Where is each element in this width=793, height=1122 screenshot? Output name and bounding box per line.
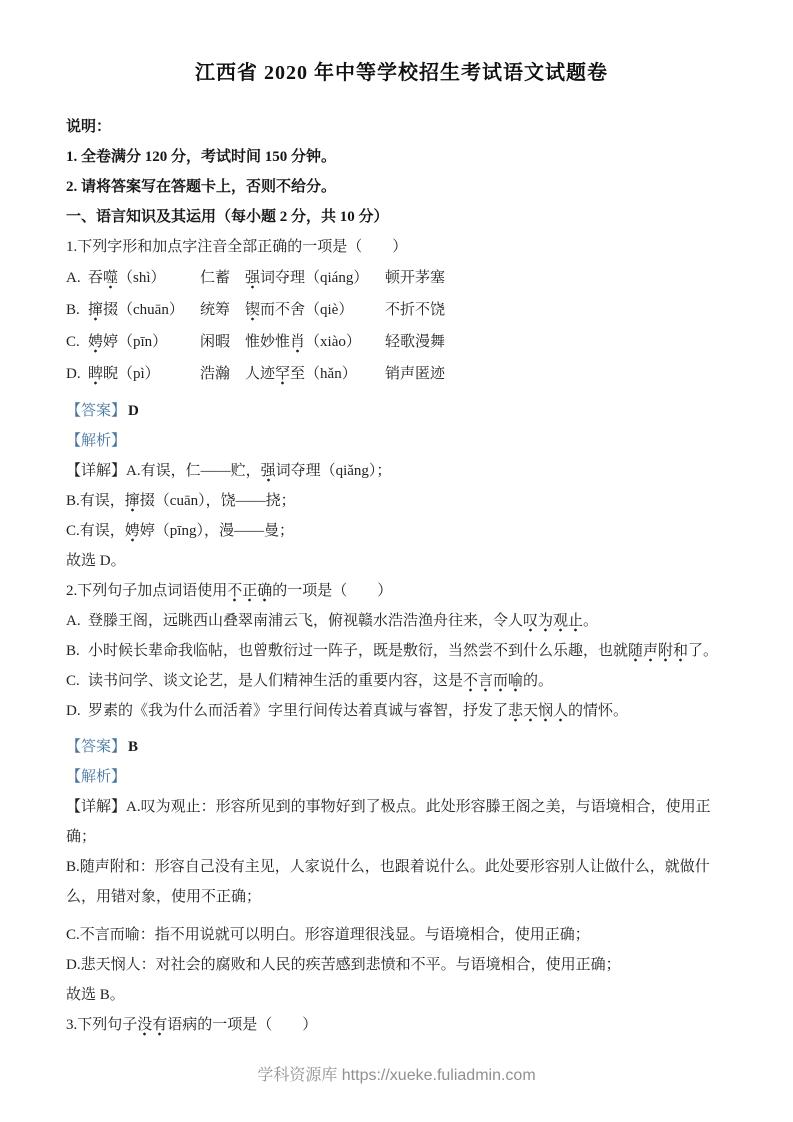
q1-option-a-letter: A.	[66, 262, 81, 294]
notice-item-2: 2. 请将答案写在答题卡上，否则不给分。	[66, 172, 737, 202]
q1-option-c-letter: C.	[66, 326, 80, 358]
section-heading: 一、语言知识及其运用（每小题 2 分，共 10 分）	[66, 202, 737, 232]
q2-detail-line-2: B.随声附和：形容自己没有主见，人家说什么，也跟着说什么。此处要形容别人让做什么…	[66, 852, 737, 912]
q1-conclusion: 故选 D。	[66, 546, 737, 576]
q2-conclusion: 故选 B。	[66, 980, 737, 1010]
q2-option-b: B. 小时候长辈命我临帖，也曾敷衍过一阵子，既是敷衍，当然尝不到什么乐趣，也就随…	[66, 636, 737, 666]
q1-option-b-letter: B.	[66, 294, 80, 326]
q1-option-a-word-3: 强词夺理（qiáng）	[245, 262, 368, 294]
page-title: 江西省 2020 年中等学校招生考试语文试题卷	[66, 58, 737, 88]
q1-option-c-word-4: 轻歌漫舞	[385, 326, 445, 358]
q1-answer-line: 【答案】D	[66, 396, 737, 426]
q1-detail-line-3: C.有误，娉婷（pīng），漫——曼；	[66, 516, 737, 546]
q1-option-d-word-1: 睥睨（pì）	[88, 358, 160, 390]
q3-stem: 3.下列句子没有语病的一项是（ ）	[66, 1010, 737, 1040]
q1-detail-line-2: B.有误，撺掇（cuān），饶——挠；	[66, 486, 737, 516]
q1-option-d: D. 睥睨（pì） 浩瀚 人迹罕至（hǎn） 销声匿迹	[66, 358, 737, 390]
q1-option-a-word-4: 顿开茅塞	[385, 262, 445, 294]
q2-option-b-letter: B.	[66, 636, 88, 666]
document-page: 江西省 2020 年中等学校招生考试语文试题卷 说明： 1. 全卷满分 120 …	[0, 0, 793, 1122]
q1-answer-value: D	[126, 403, 139, 419]
q1-option-b: B. 撺掇（chuān） 统筹 锲而不舍（qiè） 不折不饶	[66, 294, 737, 326]
q2-option-a: A. 登滕王阁，远眺西山叠翠南浦云飞，俯视赣水浩浩渔舟往来，令人叹为观止。	[66, 606, 737, 636]
q1-option-a-word-2: 仁蓄	[200, 262, 230, 294]
q2-option-d-letter: D.	[66, 696, 88, 726]
q1-option-b-word-2: 统筹	[200, 294, 230, 326]
q1-option-c-word-3: 惟妙惟肖（xiào）	[245, 326, 361, 358]
q1-stem: 1.下列字形和加点字注音全部正确的一项是（ ）	[66, 232, 737, 262]
q1-option-c-word-1: 娉婷（pīn）	[88, 326, 167, 358]
q1-option-b-word-3: 锲而不舍（qiè）	[245, 294, 353, 326]
notice-heading: 说明：	[66, 112, 737, 142]
q2-answer-value: B	[126, 739, 138, 755]
q2-option-c-text: 读书问学、谈文论艺，是人们精神生活的重要内容，这是不言而喻的。	[88, 666, 737, 696]
q2-option-c-letter: C.	[66, 666, 88, 696]
q1-option-a: A. 吞噬（shì） 仁蓄 强词夺理（qiáng） 顿开茅塞	[66, 262, 737, 294]
q1-option-d-letter: D.	[66, 358, 81, 390]
q1-option-d-word-2: 浩瀚	[200, 358, 230, 390]
footer-watermark: 学科资源库 https://xueke.fuliadmin.com	[0, 1062, 793, 1085]
q1-option-c-word-2: 闲暇	[200, 326, 230, 358]
q1-analysis-label: 【解析】	[66, 426, 737, 456]
q1-option-c: C. 娉婷（pīn） 闲暇 惟妙惟肖（xiào） 轻歌漫舞	[66, 326, 737, 358]
q2-detail-line-1: 【详解】A.叹为观止：形容所见到的事物好到了极点。此处形容滕王阁之美，与语境相合…	[66, 792, 737, 852]
q2-option-b-text: 小时候长辈命我临帖，也曾敷衍过一阵子，既是敷衍，当然尝不到什么乐趣，也就随声附和…	[88, 636, 737, 666]
q2-detail-line-4: D.悲天悯人：对社会的腐败和人民的疾苦感到悲愤和不平。与语境相合，使用正确；	[66, 950, 737, 980]
q1-option-b-word-4: 不折不饶	[385, 294, 445, 326]
q2-answer-label: 【答案】	[66, 739, 126, 755]
notice-item-1: 1. 全卷满分 120 分，考试时间 150 分钟。	[66, 142, 737, 172]
q1-detail-line-1: 【详解】A.有误，仁——贮，强词夺理（qiǎng）；	[66, 456, 737, 486]
q1-answer-label: 【答案】	[66, 403, 126, 419]
q2-option-a-text: 登滕王阁，远眺西山叠翠南浦云飞，俯视赣水浩浩渔舟往来，令人叹为观止。	[88, 606, 737, 636]
q1-option-d-word-3: 人迹罕至（hǎn）	[245, 358, 357, 390]
q2-answer-line: 【答案】B	[66, 732, 737, 762]
q2-analysis-label: 【解析】	[66, 762, 737, 792]
q2-detail-line-3: C.不言而喻：指不用说就可以明白。形容道理很浅显。与语境相合，使用正确；	[66, 920, 737, 950]
q1-option-b-word-1: 撺掇（chuān）	[88, 294, 184, 326]
q2-option-c: C. 读书问学、谈文论艺，是人们精神生活的重要内容，这是不言而喻的。	[66, 666, 737, 696]
q1-option-a-word-1: 吞噬（shì）	[88, 262, 166, 294]
q2-option-d-text: 罗素的《我为什么而活着》字里行间传达着真诚与睿智，抒发了悲天悯人的情怀。	[88, 696, 737, 726]
q2-stem: 2.下列句子加点词语使用不正确的一项是（ ）	[66, 576, 737, 606]
q2-option-a-letter: A.	[66, 606, 88, 636]
q2-option-d: D. 罗素的《我为什么而活着》字里行间传达着真诚与睿智，抒发了悲天悯人的情怀。	[66, 696, 737, 726]
q1-option-d-word-4: 销声匿迹	[385, 358, 445, 390]
